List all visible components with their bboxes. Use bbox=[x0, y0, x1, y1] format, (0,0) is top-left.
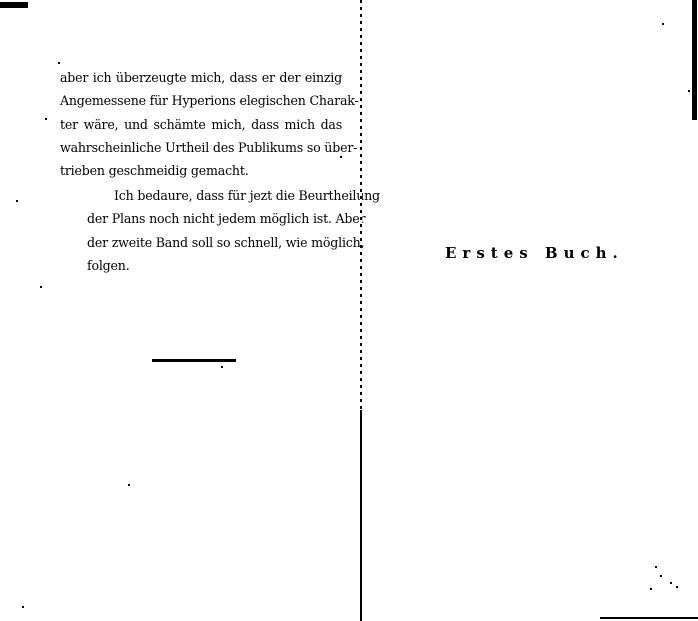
left-page: aber ich überzeugte mich, dass er der ei… bbox=[0, 0, 360, 621]
text-line: trieben geschmeidig gemacht. bbox=[60, 159, 342, 182]
ink-speck bbox=[128, 484, 130, 486]
chapter-title: Erstes Buch. bbox=[445, 244, 624, 262]
text-line: wahrscheinliche Urtheil des Publikums so… bbox=[60, 136, 342, 159]
paragraph-2: Ich bedaure, dass für jezt die Beurtheil… bbox=[60, 184, 342, 277]
ornament-rule bbox=[152, 359, 236, 362]
text-line: ter wäre, und schämte mich, dass mich da… bbox=[60, 113, 342, 136]
ink-speck bbox=[16, 200, 18, 202]
ink-speck bbox=[58, 62, 60, 64]
text-line: der Plans noch nicht jedem möglich ist. … bbox=[60, 207, 342, 230]
text-line: der zweite Band soll so schnell, wie mög… bbox=[60, 231, 342, 254]
ink-speck bbox=[662, 23, 664, 25]
text-line: Angemessene für Hyperions elegischen Cha… bbox=[60, 89, 342, 112]
ink-speck bbox=[670, 582, 672, 584]
ink-speck bbox=[660, 575, 662, 577]
ink-speck bbox=[340, 156, 342, 158]
bottom-edge-rule bbox=[600, 617, 698, 619]
right-page bbox=[362, 0, 698, 621]
ink-speck bbox=[688, 90, 690, 92]
ink-speck bbox=[676, 586, 678, 588]
text-line: folgen. bbox=[60, 254, 342, 277]
book-spread: aber ich überzeugte mich, dass er der ei… bbox=[0, 0, 698, 621]
ink-speck bbox=[22, 606, 24, 608]
ink-speck bbox=[221, 366, 223, 368]
text-line: Ich bedaure, dass für jezt die Beurtheil… bbox=[60, 184, 342, 207]
text-line: aber ich überzeugte mich, dass er der ei… bbox=[60, 66, 342, 89]
page-edge-shadow bbox=[692, 0, 697, 120]
paragraph-1: aber ich überzeugte mich, dass er der ei… bbox=[60, 66, 342, 182]
ink-speck bbox=[655, 566, 657, 568]
ink-speck bbox=[40, 286, 42, 288]
ink-speck bbox=[650, 588, 652, 590]
ink-speck bbox=[45, 118, 47, 120]
